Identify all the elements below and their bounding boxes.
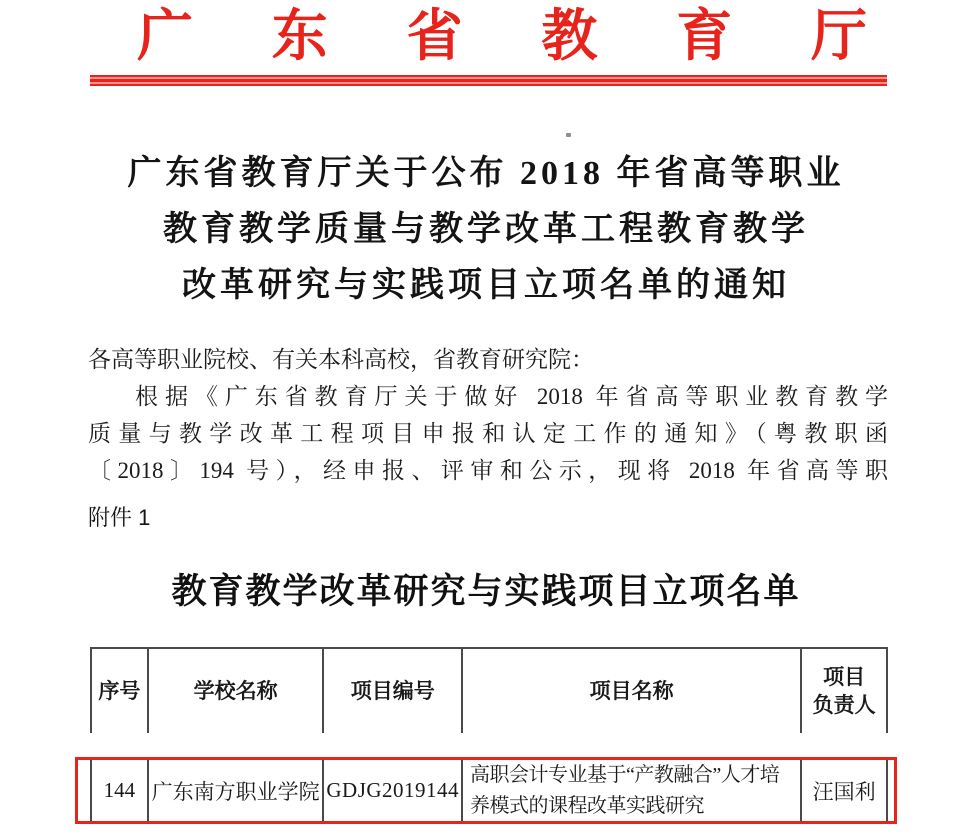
table-header-cell-seq: 序号 xyxy=(92,649,149,733)
letterhead-char: 教 xyxy=(541,9,597,65)
letterhead-char: 东 xyxy=(272,9,328,65)
notice-title-line: 教育教学质量与教学改革工程教育教学 xyxy=(0,202,972,258)
notice-body-line: 质量与教学改革工程项目申报和认定工作的通知》（粤教职函 xyxy=(88,415,888,452)
notice-title-line: 改革研究与实践项目立项名单的通知 xyxy=(0,258,972,314)
cell-project-title: 高职会计专业基于“产教融合”人才培养模式的课程改革实践研究 xyxy=(463,760,802,821)
table-header-cell-project-no: 项目编号 xyxy=(324,649,463,733)
letterhead: 广 东 省 教 育 厅 xyxy=(137,6,867,68)
cell-seq: 144 xyxy=(92,760,149,821)
notice-salutation: 各高等职业院校、有关本科高校，省教育研究院： xyxy=(88,341,888,378)
cell-project-no: GDJG2019144 xyxy=(324,760,463,821)
table-header-cell-project-title: 项目名称 xyxy=(463,649,802,733)
cell-leader: 汪国利 xyxy=(802,760,888,821)
scan-artifact-dot xyxy=(566,133,571,137)
document-page: 广 东 省 教 育 厅 广东省教育厅关于公布 2018 年省高等职业 教育教学质… xyxy=(0,0,972,840)
table-header-cell-school: 学校名称 xyxy=(149,649,325,733)
notice-body-line: 根据《广东省教育厅关于做好 2018 年省高等职业教育教学 xyxy=(88,378,888,415)
highlight-box: 144 广东南方职业学院 GDJG2019144 高职会计专业基于“产教融合”人… xyxy=(75,757,897,824)
notice-body: 各高等职业院校、有关本科高校，省教育研究院： 根据《广东省教育厅关于做好 201… xyxy=(88,341,888,489)
attachment-label: 附件 1 xyxy=(88,501,150,532)
letterhead-rule xyxy=(90,75,887,86)
notice-title-line: 广东省教育厅关于公布 2018 年省高等职业 xyxy=(0,146,972,202)
letterhead-char: 省 xyxy=(407,9,463,65)
notice-body-line: 〔2018〕194 号），经申报、评审和公示，现将 2018 年省高等职 xyxy=(88,452,888,489)
notice-title: 广东省教育厅关于公布 2018 年省高等职业 教育教学质量与教学改革工程教育教学… xyxy=(0,146,972,314)
letterhead-char: 育 xyxy=(676,9,732,65)
table-row: 144 广东南方职业学院 GDJG2019144 高职会计专业基于“产教融合”人… xyxy=(90,760,888,821)
table-header-row: 序号 学校名称 项目编号 项目名称 项目 负责人 xyxy=(90,647,888,733)
table-title: 教育教学改革研究与实践项目立项名单 xyxy=(0,564,972,614)
letterhead-char: 广 xyxy=(137,9,193,65)
letterhead-char: 厅 xyxy=(811,9,867,65)
cell-school: 广东南方职业学院 xyxy=(149,760,325,821)
table-header-cell-leader: 项目 负责人 xyxy=(802,649,888,733)
